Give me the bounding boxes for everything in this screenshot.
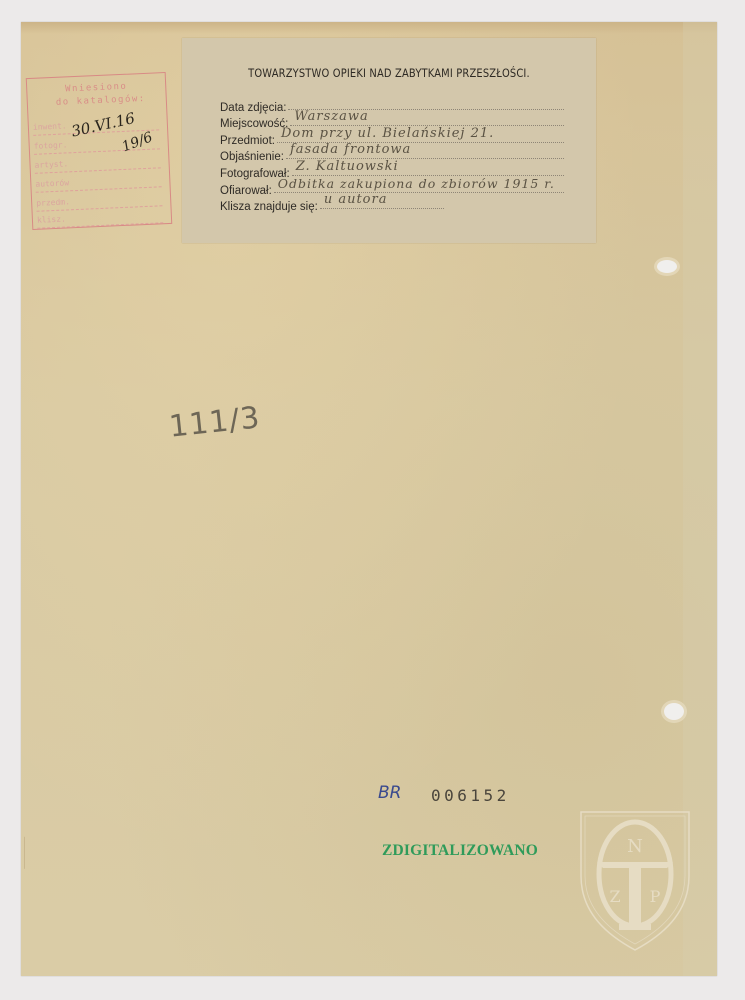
field-label: Data zdjęcia: [220, 102, 288, 114]
corner-fold [24, 837, 43, 880]
svg-text:Z: Z [609, 887, 620, 906]
shelf-mark-number: 006152 [431, 786, 510, 805]
paper-hole [657, 260, 677, 273]
stamp-line: przedm. [36, 193, 162, 211]
catalogue-stamp: Wniesiono do katalogów: inwent. fotogr. … [26, 72, 172, 230]
field-value: u autora [324, 192, 388, 207]
card-fields: Data zdjęcia: Miejscowość: Warszawa Prze… [220, 97, 564, 213]
stamp-line: autorów [35, 174, 161, 192]
field-donor: Ofiarował: Odbitka zakupiona do zbiorów … [220, 180, 564, 197]
field-label: Ofiarował: [220, 185, 274, 197]
stamp-handwritten-date: 30.VI.16 [70, 109, 137, 141]
paper-hole [664, 703, 684, 720]
stamp-line: artyst. [34, 155, 160, 173]
stamp-subheading: do katalogów: [36, 93, 166, 109]
stamp-handwritten-number: 19/6 [120, 129, 155, 155]
field-date: Data zdjęcia: [220, 97, 564, 114]
sheet-top-edge [21, 22, 717, 34]
field-label: Miejscowość: [220, 118, 290, 130]
society-label-card: TOWARZYSTWO OPIEKI NAD ZABYTKAMI PRZESZŁ… [182, 38, 596, 243]
svg-text:N: N [627, 836, 643, 857]
field-value: Warszawa [294, 109, 368, 124]
card-title: TOWARZYSTWO OPIEKI NAD ZABYTKAMI PRZESZŁ… [211, 66, 567, 80]
document-sheet: Wniesiono do katalogów: inwent. fotogr. … [21, 22, 717, 976]
field-label: Objaśnienie: [220, 151, 286, 163]
field-label: Przedmiot: [220, 135, 277, 147]
stamp-line: klisz. [37, 210, 163, 228]
shelf-mark-prefix: BR [378, 783, 401, 803]
field-value: Odbitka zakupiona do zbiorów 1915 r. [278, 176, 555, 191]
field-value: fasada frontowa [290, 142, 411, 157]
svg-text:P: P [650, 887, 661, 906]
field-label: Klisza znajduje się: [220, 201, 320, 213]
digitized-stamp: ZDIGITALIZOWANO [382, 842, 538, 860]
shield-logo-icon: N Z P [575, 806, 695, 954]
field-value: Z. Kaltuowski [296, 159, 399, 174]
pencil-inventory-mark: 111/3 [167, 400, 262, 444]
field-value: Dom przy ul. Bielańskiej 21. [281, 126, 494, 141]
field-negative-location: Klisza znajduje się: u autora [220, 197, 564, 214]
